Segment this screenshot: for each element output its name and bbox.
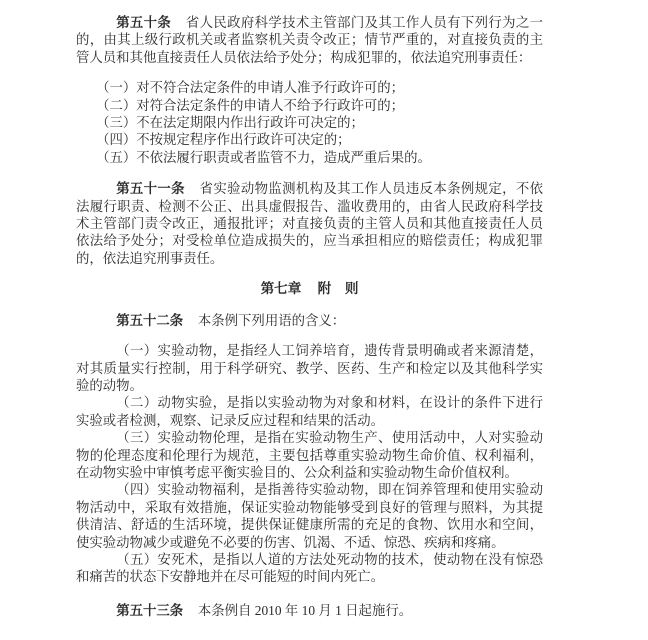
article-50-items: （一）对不符合法定条件的申请人准予行政许可的； （二）对符合法定条件的申请人不给…: [76, 79, 543, 166]
list-item: （四）不按规定程序作出行政许可决定的；: [76, 131, 543, 148]
document-page: 第五十条省人民政府科学技术主管部门及其工作人员有下列行为之一的，由其上级行政机关…: [0, 0, 648, 640]
definition-item: （二）动物实验，是指以实验动物为对象和材料，在设计的条件下进行实验或者检测，观察…: [76, 394, 543, 429]
article-53-paragraph: 第五十三条本条例自 2010 年 10 月 1 日起施行。: [76, 602, 543, 619]
chapter-number: 第七章: [261, 281, 302, 296]
definition-item: （三）实验动物伦理，是指在实验动物生产、使用活动中，人对实验动物的伦理态度和伦理…: [76, 429, 543, 481]
list-item: （一）对不符合法定条件的申请人准予行政许可的；: [76, 79, 543, 96]
list-item: （三）不在法定期限内作出行政许可决定的；: [76, 114, 543, 131]
list-item: （二）对符合法定条件的申请人不给予行政许可的；: [76, 97, 543, 114]
article-52-text: 本条例下列用语的含义：: [198, 313, 345, 328]
chapter-heading: 第七章附 则: [76, 280, 543, 297]
definition-item: （五）安死术，是指以人道的方法处死动物的技术，使动物在没有惊恐和痛苦的状态下安静…: [76, 551, 543, 586]
chapter-title: 附 则: [318, 281, 359, 296]
definition-item: （四）实验动物福利，是指善待实验动物，即在饲养管理和使用实验动物活动中，采取有效…: [76, 481, 543, 551]
article-52-lead: 第五十二条本条例下列用语的含义：: [76, 312, 543, 329]
article-50-paragraph: 第五十条省人民政府科学技术主管部门及其工作人员有下列行为之一的，由其上级行政机关…: [76, 14, 543, 66]
article-50-number: 第五十条: [116, 15, 171, 30]
article-53-number: 第五十三条: [116, 603, 183, 618]
article-51-paragraph: 第五十一条省实验动物监测机构及其工作人员违反本条例规定，不依法履行职责、检测不公…: [76, 180, 543, 267]
article-52-number: 第五十二条: [116, 313, 183, 328]
list-item: （五）不依法履行职责或者监管不力，造成严重后果的。: [76, 149, 543, 166]
definition-item: （一）实验动物，是指经人工饲养培育，遗传背景明确或者来源清楚，对其质量实行控制，…: [76, 342, 543, 394]
article-53-text: 本条例自 2010 年 10 月 1 日起施行。: [198, 603, 412, 618]
article-51-number: 第五十一条: [116, 181, 185, 196]
article-52-definitions: （一）实验动物，是指经人工饲养培育，遗传背景明确或者来源清楚，对其质量实行控制，…: [76, 342, 543, 586]
